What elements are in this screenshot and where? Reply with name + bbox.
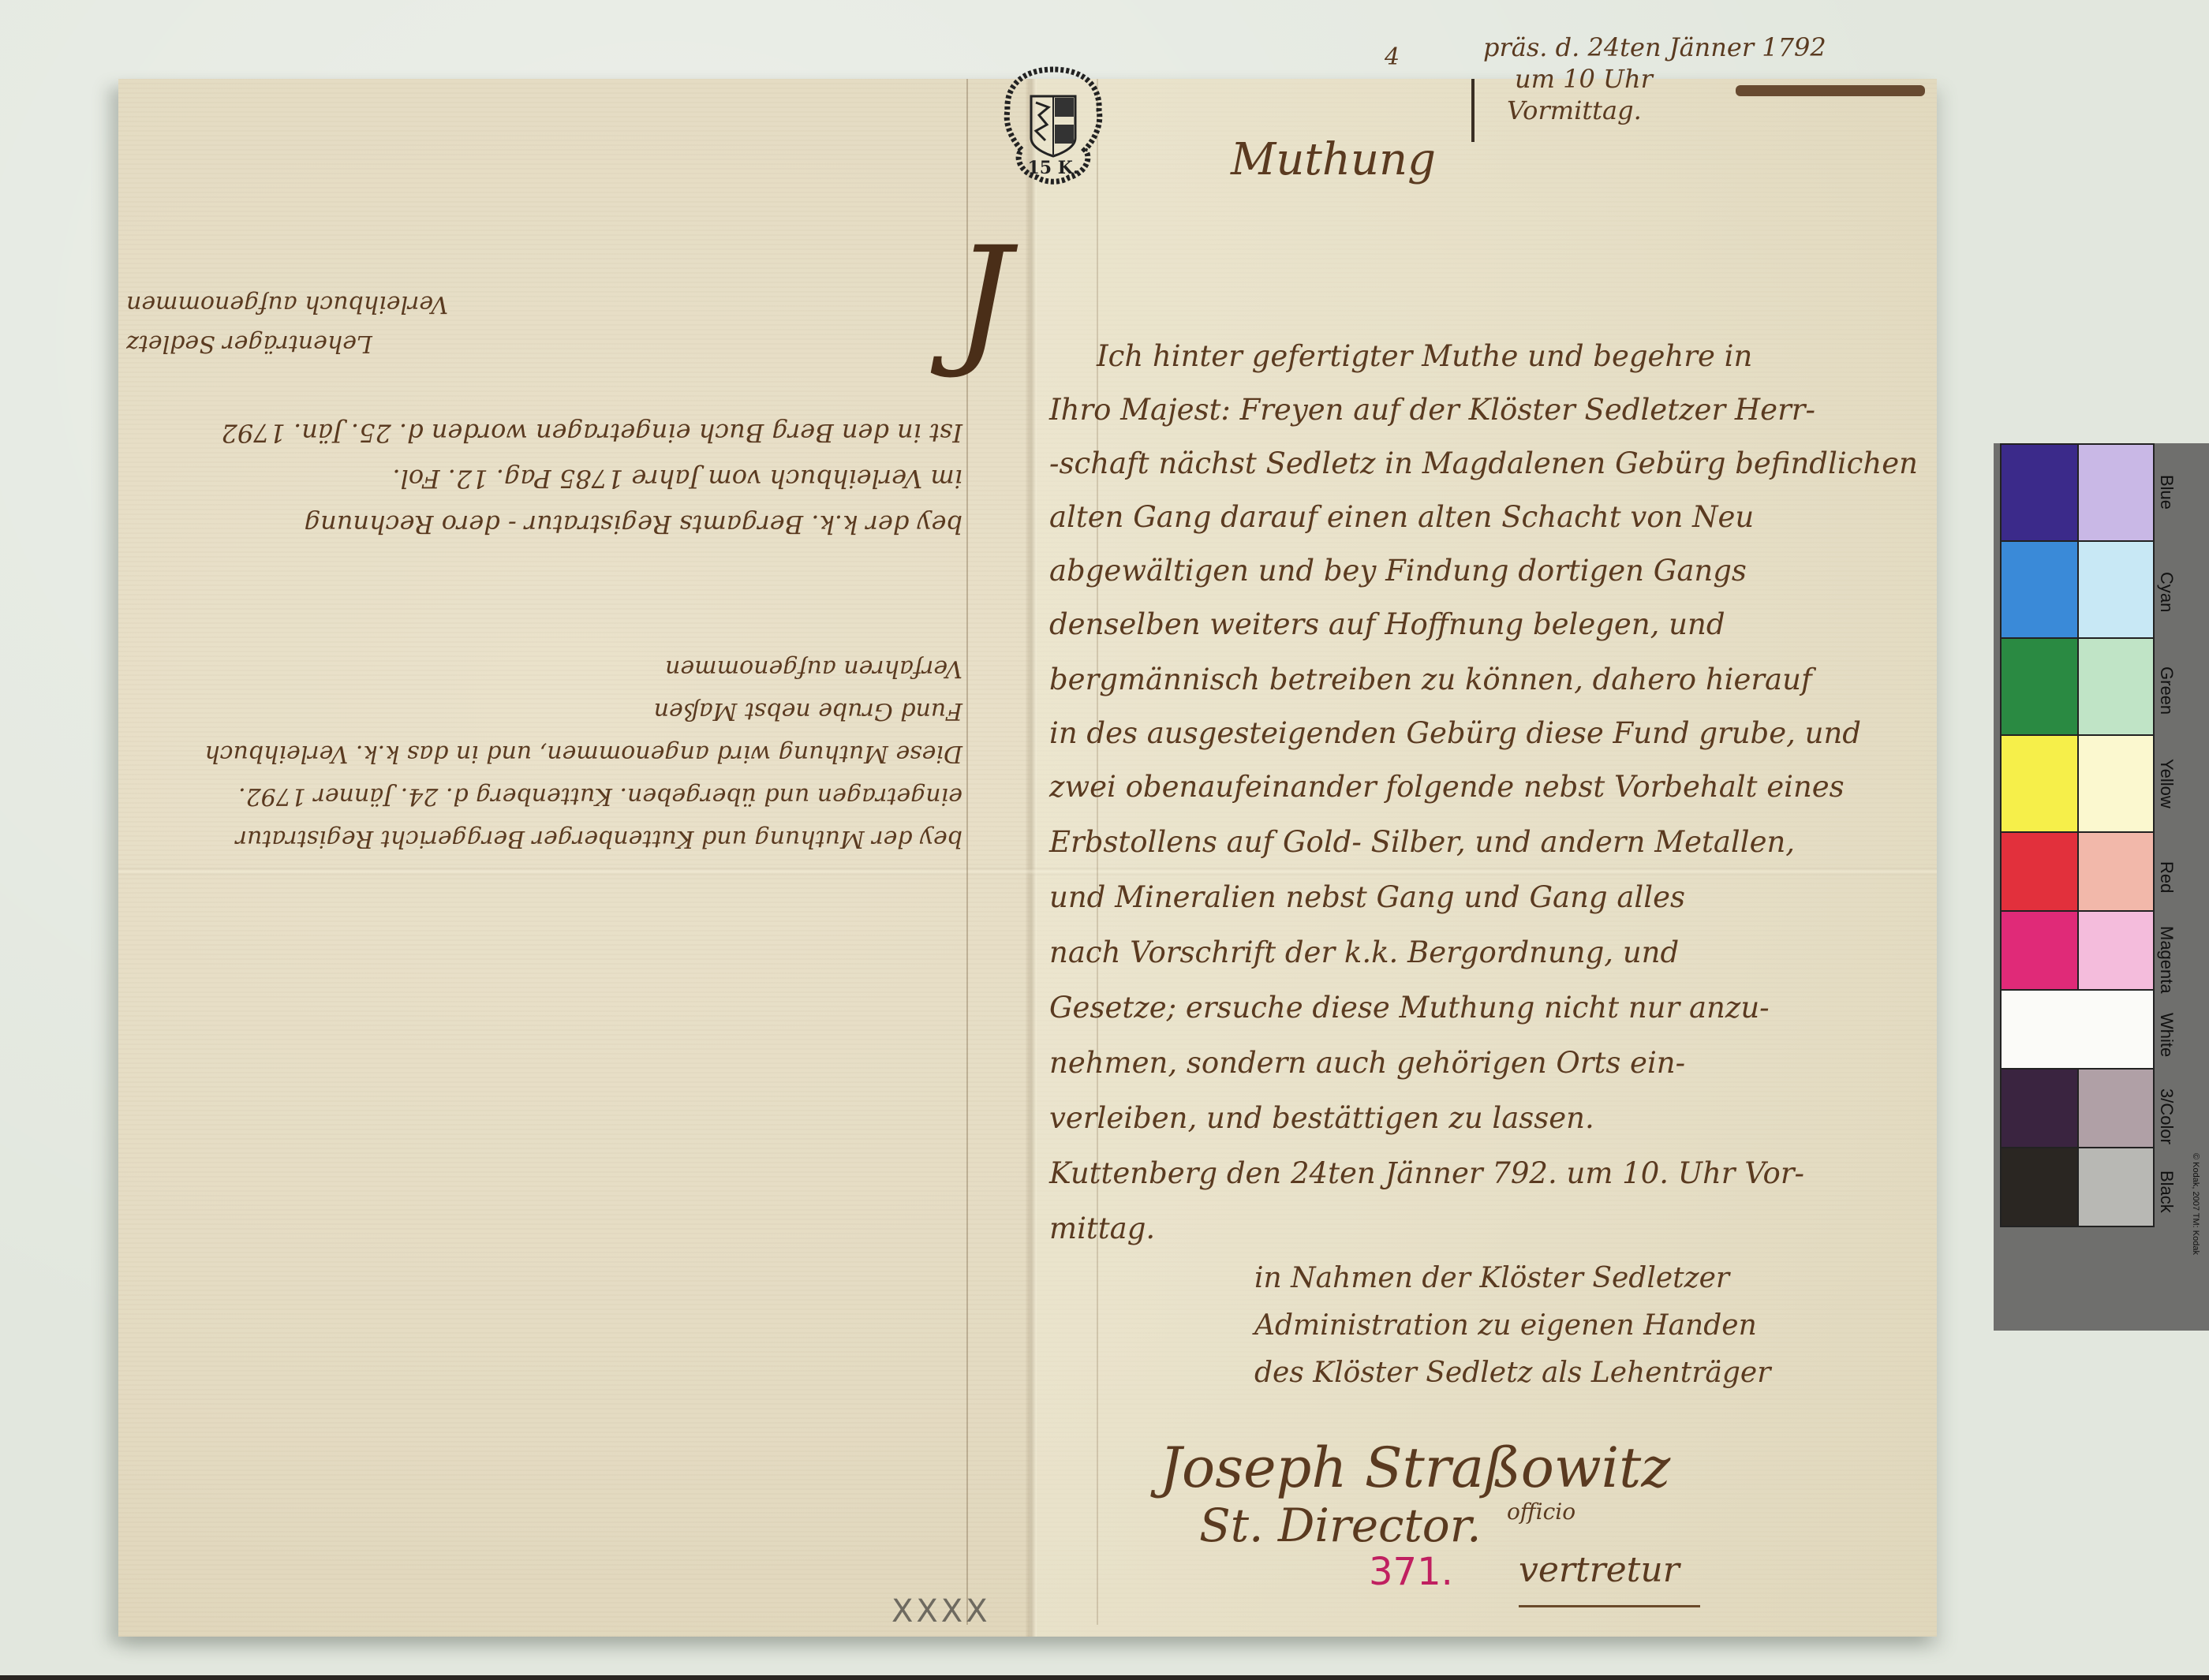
left-line: Verfahren aufgenommen <box>110 647 962 689</box>
signature-underline <box>1519 1605 1700 1607</box>
left-line: bey der k.k. Bergamts Registratur - dero… <box>110 502 962 547</box>
label-3color: 3/Color <box>2156 1088 2177 1144</box>
patch-white <box>2000 989 2155 1070</box>
left-line: bey der Muthung und Kuttenberger Bergger… <box>110 817 962 860</box>
patch-red-dark <box>2000 831 2079 912</box>
page-edge-notch <box>1471 79 1475 142</box>
drop-cap-initial: J <box>955 229 1011 371</box>
struck-out-text <box>1736 85 1925 96</box>
patch-magenta-light <box>2077 910 2155 991</box>
kodak-copyright: © Kodak, 2007 TM: Kodak <box>2191 1153 2200 1255</box>
label-magenta: Magenta <box>2156 926 2177 994</box>
pencil-mark: XXXX <box>891 1593 991 1630</box>
body-line: verleiben, und bestättigen zu lassen. <box>1049 1101 1594 1135</box>
left-line: Fund Grube nebst Maßen <box>110 689 962 732</box>
patch-3color-dark <box>2000 1068 2079 1148</box>
label-black: Black <box>2156 1170 2177 1213</box>
patch-cyan-dark <box>2000 540 2079 639</box>
signature-suffix: officio <box>1507 1499 1575 1525</box>
patch-magenta-dark <box>2000 910 2079 991</box>
body-line: mittag. <box>1049 1211 1155 1245</box>
body-line: nehmen, sondern auch gehörigen Orts ein- <box>1049 1046 1685 1080</box>
signature-note: vertretur <box>1519 1550 1680 1590</box>
body-line: in des ausgesteigenden Gebürg diese Fund… <box>1049 716 1861 750</box>
patch-red-light <box>2077 831 2155 912</box>
label-blue: Blue <box>2156 475 2177 510</box>
scanner-bed-edge <box>0 1675 2209 1680</box>
document-title: Muthung <box>1231 134 1436 185</box>
patch-black-light <box>2077 1147 2155 1227</box>
left-line: Diese Muthung wird angenommen, und in da… <box>110 732 962 775</box>
body-line: zwei obenaufeinander folgende nebst Vorb… <box>1049 770 1845 804</box>
body-line: Ihro Majest: Freyen auf der Klöster Sedl… <box>1049 393 1815 427</box>
closing-line: des Klöster Sedletz als Lehenträger <box>1254 1357 1770 1389</box>
patch-blue-dark <box>2000 443 2079 542</box>
center-fold <box>1026 79 1037 1637</box>
patch-blue-light <box>2077 443 2155 542</box>
body-line: abgewältigen und bey Findung dortigen Ga… <box>1049 554 1747 588</box>
stamp-value: 15 K. <box>998 158 1108 178</box>
body-line: nach Vorschrift der k.k. Bergordnung, un… <box>1049 935 1679 969</box>
receipt-date: präs. d. 24ten Jänner 1792 <box>1483 32 1826 63</box>
signature-title: St. Director. officio <box>1199 1499 1575 1552</box>
left-annotation-block-1: Lehenträger Sedletz Verleihbuch aufgenom… <box>126 284 473 363</box>
body-line: alten Gang darauf einen alten Schacht vo… <box>1049 500 1754 534</box>
patch-3color-light <box>2077 1068 2155 1148</box>
left-annotation-block-3: bey der Muthung und Kuttenberger Bergger… <box>110 647 962 860</box>
body-line: Ich hinter gefertigter Muthe und begehre… <box>1097 339 1752 373</box>
body-line: Erbstollens auf Gold- Silber, und andern… <box>1049 825 1795 859</box>
left-line: Lehenträger Sedletz <box>126 323 473 363</box>
patch-green-light <box>2077 637 2155 736</box>
body-line: Gesetze; ersuche diese Muthung nicht nur… <box>1049 991 1770 1025</box>
receipt-note: präs. d. 24ten Jänner 1792 um 10 Uhr Vor… <box>1483 32 1826 126</box>
archive-number: 371. <box>1369 1550 1453 1594</box>
closing-line: in Nahmen der Klöster Sedletzer <box>1254 1262 1729 1294</box>
horizontal-fold <box>118 868 1937 875</box>
body-line: bergmännisch betreiben zu können, dahero… <box>1049 663 1812 696</box>
left-line: im Verleihbuch vom Jahre 1785 Pag. 12. F… <box>110 456 962 502</box>
page-number: 4 <box>1385 43 1400 71</box>
patch-green-dark <box>2000 637 2079 736</box>
patch-yellow-light <box>2077 734 2155 833</box>
patch-black-dark <box>2000 1147 2079 1227</box>
label-red: Red <box>2156 861 2177 893</box>
body-line: und Mineralien nebst Gang und Gang alles <box>1049 880 1685 914</box>
label-white: White <box>2156 1013 2177 1057</box>
closing-line: Administration zu eigenen Handen <box>1254 1309 1757 1342</box>
label-green: Green <box>2156 666 2177 715</box>
left-line: Ist in den Berg Buch eingetragen worden … <box>110 410 962 456</box>
body-line: denselben weiters auf Hoffnung belegen, … <box>1049 607 1725 641</box>
patch-cyan-light <box>2077 540 2155 639</box>
patch-yellow-dark <box>2000 734 2079 833</box>
signature-role: St. Director. <box>1199 1499 1482 1552</box>
body-line: -schaft nächst Sedletz in Magdalenen Geb… <box>1049 446 1918 480</box>
label-yellow: Yellow <box>2156 759 2177 808</box>
body-line: Kuttenberg den 24ten Jänner 792. um 10. … <box>1049 1156 1804 1190</box>
receipt-period: Vormittag. <box>1507 95 1826 126</box>
color-control-card: Kodak Color Control Patches Blue Cyan Gr… <box>1994 443 2209 1331</box>
signature: Joseph Straßowitz <box>1160 1435 1670 1500</box>
label-cyan: Cyan <box>2156 572 2177 612</box>
tax-stamp: 15 K. <box>998 63 1108 189</box>
left-line: eingetragen und übergeben. Kuttenberg d.… <box>110 775 962 817</box>
left-annotation-block-2: bey der k.k. Bergamts Registratur - dero… <box>110 410 962 547</box>
left-line: Verleihbuch aufgenommen <box>126 284 473 323</box>
